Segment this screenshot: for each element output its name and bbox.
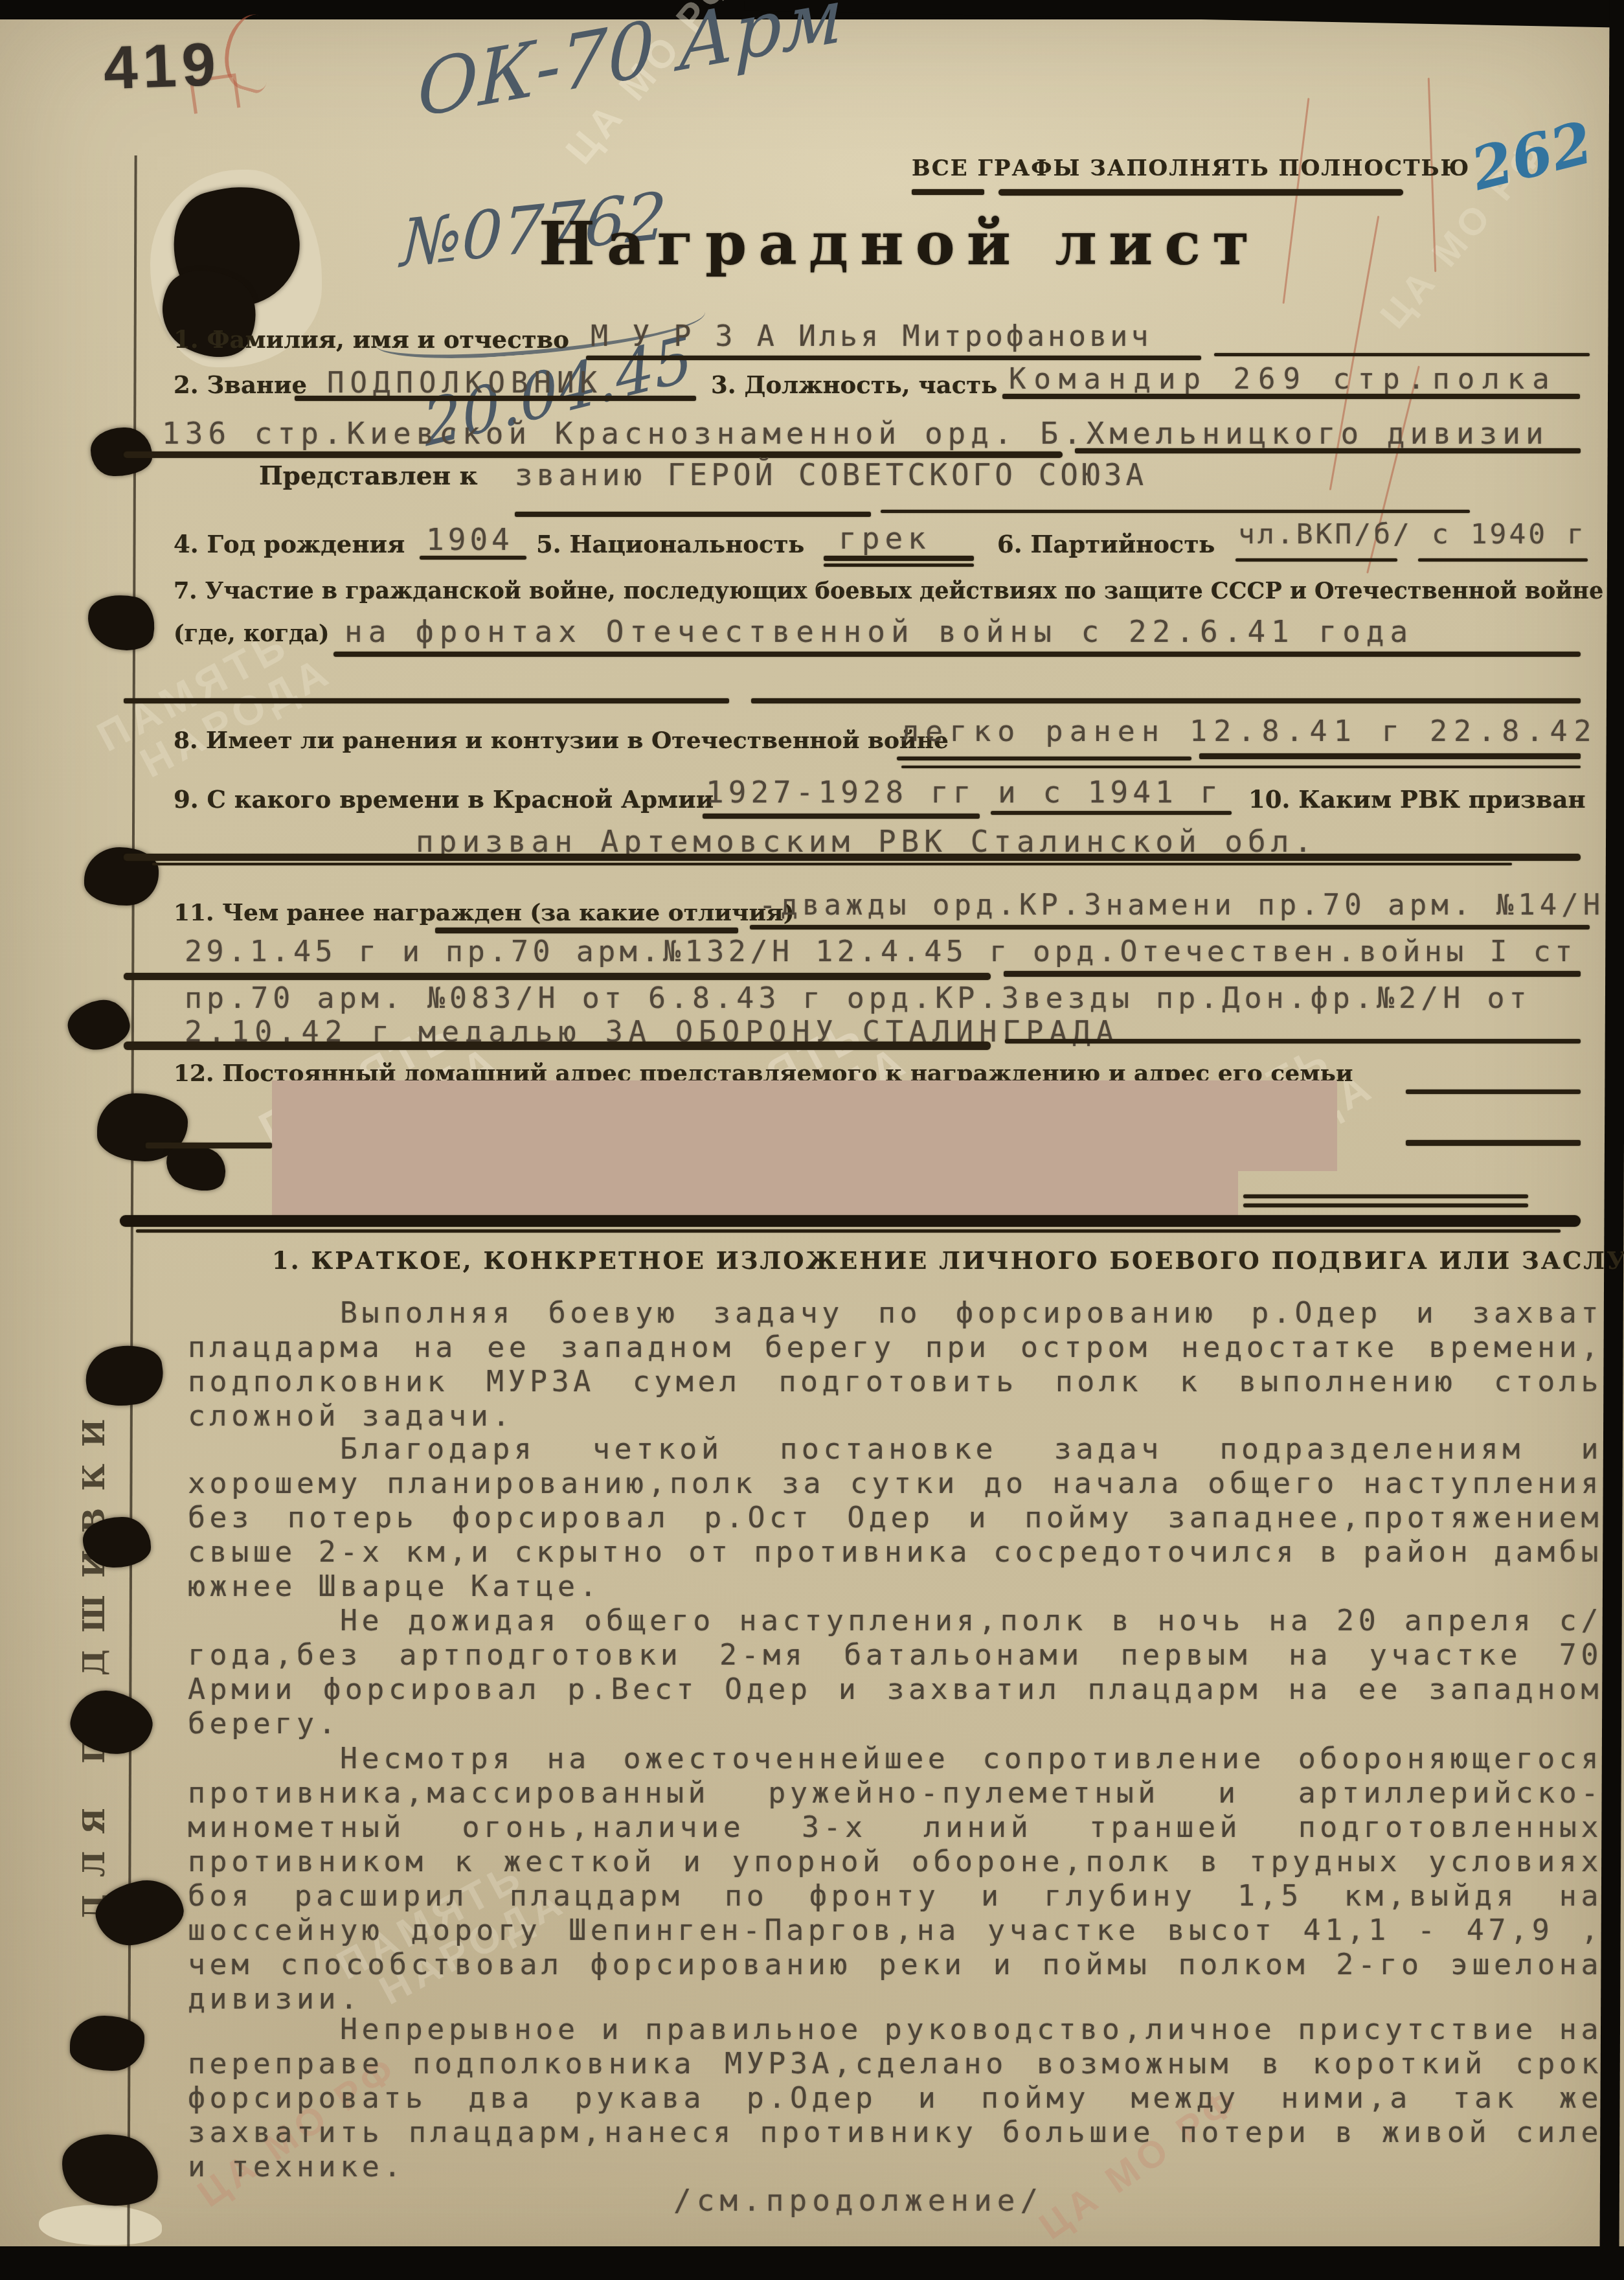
citation-heading: 1. КРАТКОЕ, КОНКРЕТНОЕ ИЗЛОЖЕНИЕ ЛИЧНОГО… (272, 1246, 1624, 1275)
award-sheet-scan: ЦА МО РФ ЦА МО РФ ПАМЯТЬНАРОДА ПАМЯТЬНАР… (0, 0, 1624, 2280)
nominated-underline (515, 512, 871, 517)
field1-underline (586, 356, 1201, 360)
field9-underline (991, 811, 1232, 815)
field3-value: Командир 269 стр.полка (1009, 363, 1557, 396)
field12-underline (1243, 1203, 1528, 1207)
field9-label: 9. С какого времени в Красной Армии (174, 785, 714, 814)
field11-underline-thick (124, 973, 991, 980)
punch-hole-blot (83, 1517, 151, 1567)
field5-label: 5. Национальность (536, 530, 804, 558)
field11-label: 11. Чем ранее награжден (за какие отличи… (174, 899, 795, 926)
field1-label: 1. Фамилия, имя и отчество (174, 325, 569, 354)
field6-label: 6. Партийность (997, 530, 1215, 558)
field12-underline (1406, 1089, 1581, 1094)
field8-label: 8. Имеет ли ранения и контузии в Отечест… (174, 727, 949, 754)
field11-underline (750, 925, 1590, 929)
field7-label: 7. Участие в гражданской войне, последую… (174, 578, 1603, 604)
citation-paragraph-5: Непрерывное и правильное руководство,лич… (188, 2012, 1603, 2183)
field7-value: на фронтах Отечественной войны с 22.6.41… (344, 614, 1414, 649)
field9-underline (703, 814, 980, 819)
field11-value-line2: 29.1.45 г и пр.70 арм.№132/Н 12.4.45 г о… (185, 934, 1577, 968)
field11-value-line1: -дважды орд.КР.Знамени пр.70 арм. №14/Н (759, 889, 1605, 922)
field8-underline (1199, 753, 1581, 759)
continuation-note: /см.продолжение/ (673, 2183, 1043, 2218)
field10-underline (152, 863, 1512, 865)
field1-value: М У Р З А Илья Митрофанович (591, 319, 1152, 353)
nominated-value: званию ГЕРОЙ СОВЕТСКОГО СОЮЗА (515, 457, 1147, 492)
field8-value: легко ранен 12.8.41 г 22.8.42 (901, 714, 1598, 748)
field6-underline (1235, 558, 1397, 562)
field6-value: чл.ВКП/б/ с 1940 г (1238, 518, 1586, 551)
nominated-underline (881, 510, 1470, 513)
field5-underline (824, 556, 974, 561)
fill-all-fields-instruction: ВСЕ ГРАФЫ ЗАПОЛНЯТЬ ПОЛНОСТЬЮ (912, 155, 1470, 181)
field4-value: 1904 (426, 522, 513, 557)
section-divider-heavy (136, 1229, 1561, 1233)
instruction-underline (912, 189, 984, 195)
field5-value: грек (839, 521, 931, 556)
field9-value: 1927-1928 гг и с 1941 г (706, 775, 1223, 810)
citation-paragraph-2: Благодаря четкой постановке задач подраз… (188, 1431, 1603, 1603)
empty-row-underline (751, 698, 1581, 703)
archive-page-number: 419 (102, 29, 222, 103)
field3-line2-underline (1075, 448, 1581, 453)
field1-underline (1214, 353, 1590, 356)
field7-label-line2: (где, когда) (174, 621, 330, 647)
citation-paragraph-3: Не дожидая общего наступления,полк в ноч… (188, 1603, 1603, 1740)
field3-value-line2: 136 стр.Киевской Краснознаменной орд. Б.… (162, 416, 1549, 451)
field12-underline (146, 1143, 272, 1148)
field4-underline (420, 556, 526, 560)
scan-edge-bottom (0, 2246, 1624, 2280)
field3-label: 3. Должность, часть (711, 370, 997, 399)
citation-paragraph-4: Несмотря на ожесточеннейшее сопротивлени… (188, 1741, 1603, 2016)
redaction-box (272, 1080, 1337, 1171)
field11-value-line3: пр.70 арм. №083/Н от 6.8.43 г орд.КР.Зве… (185, 981, 1531, 1015)
field2-label: 2. Звание (174, 370, 307, 399)
field12-underline (1406, 1140, 1581, 1146)
field12-underline (1243, 1194, 1528, 1198)
nominated-label: Представлен к (259, 461, 478, 491)
margin-vertical-caption: ДЛЯ ПОДШИВКИ (76, 1033, 111, 1921)
field5-underline (824, 564, 974, 567)
instruction-underline (998, 189, 1403, 196)
field4-label: 4. Год рождения (174, 530, 405, 558)
field11-underline-thick (124, 1042, 991, 1050)
section-divider-heavy (120, 1215, 1581, 1227)
field3-underline (1002, 394, 1580, 399)
field2-underline (295, 396, 696, 401)
field11-underline (435, 928, 738, 933)
empty-row-underline (124, 698, 729, 703)
document-title: Наградной лист (539, 209, 1261, 279)
field6-underline (1418, 558, 1588, 562)
citation-paragraph-1: Выполняя боевую задачу по форсированию р… (188, 1295, 1603, 1433)
field10-underline (124, 854, 1581, 861)
field8-underline (901, 766, 1581, 768)
field11-underline-thick (1005, 1039, 1581, 1043)
redaction-box (272, 1170, 1238, 1216)
field7-underline (333, 652, 1581, 657)
field2-value: ПОДПОЛКОВНИК (327, 367, 603, 400)
field10-label: 10. Каким РВК призван (1248, 785, 1585, 814)
punch-hole-blot (70, 2016, 144, 2071)
field11-underline-thick (1004, 971, 1581, 977)
field8-underline (897, 757, 1191, 760)
